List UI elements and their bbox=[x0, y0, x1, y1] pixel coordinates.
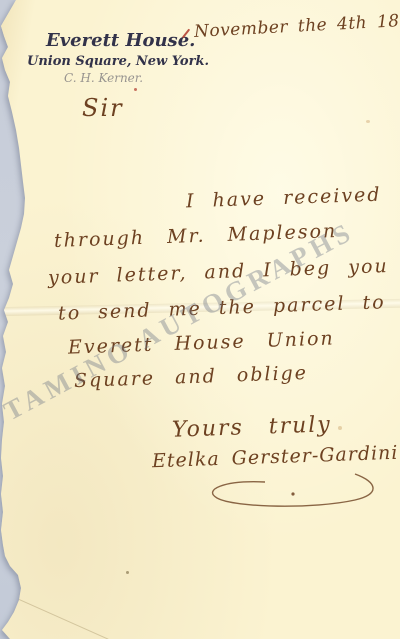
letterhead-proprietor: C. H. Kerner. bbox=[64, 72, 143, 84]
salutation: Sir bbox=[82, 96, 124, 120]
date-line: November the 4th 1883 bbox=[194, 12, 400, 41]
paper-sheet-wrapper: Everett House. Union Square, New York. C… bbox=[0, 0, 400, 639]
paper-sheet: Everett House. Union Square, New York. C… bbox=[0, 0, 400, 639]
foxing-speck bbox=[338, 426, 342, 430]
letterhead-hotel-name: Everett House. bbox=[46, 32, 195, 50]
body-line: I have received bbox=[186, 186, 382, 212]
corner-crease bbox=[8, 594, 109, 639]
foxing-speck bbox=[126, 571, 129, 574]
red-ink-dot bbox=[134, 88, 137, 91]
letter-scan: Everett House. Union Square, New York. C… bbox=[0, 0, 400, 639]
closing: Yours truly bbox=[172, 414, 332, 442]
foxing-speck bbox=[366, 120, 370, 123]
letterhead-address: Union Square, New York. bbox=[27, 55, 209, 68]
signature-flourish bbox=[205, 468, 385, 510]
